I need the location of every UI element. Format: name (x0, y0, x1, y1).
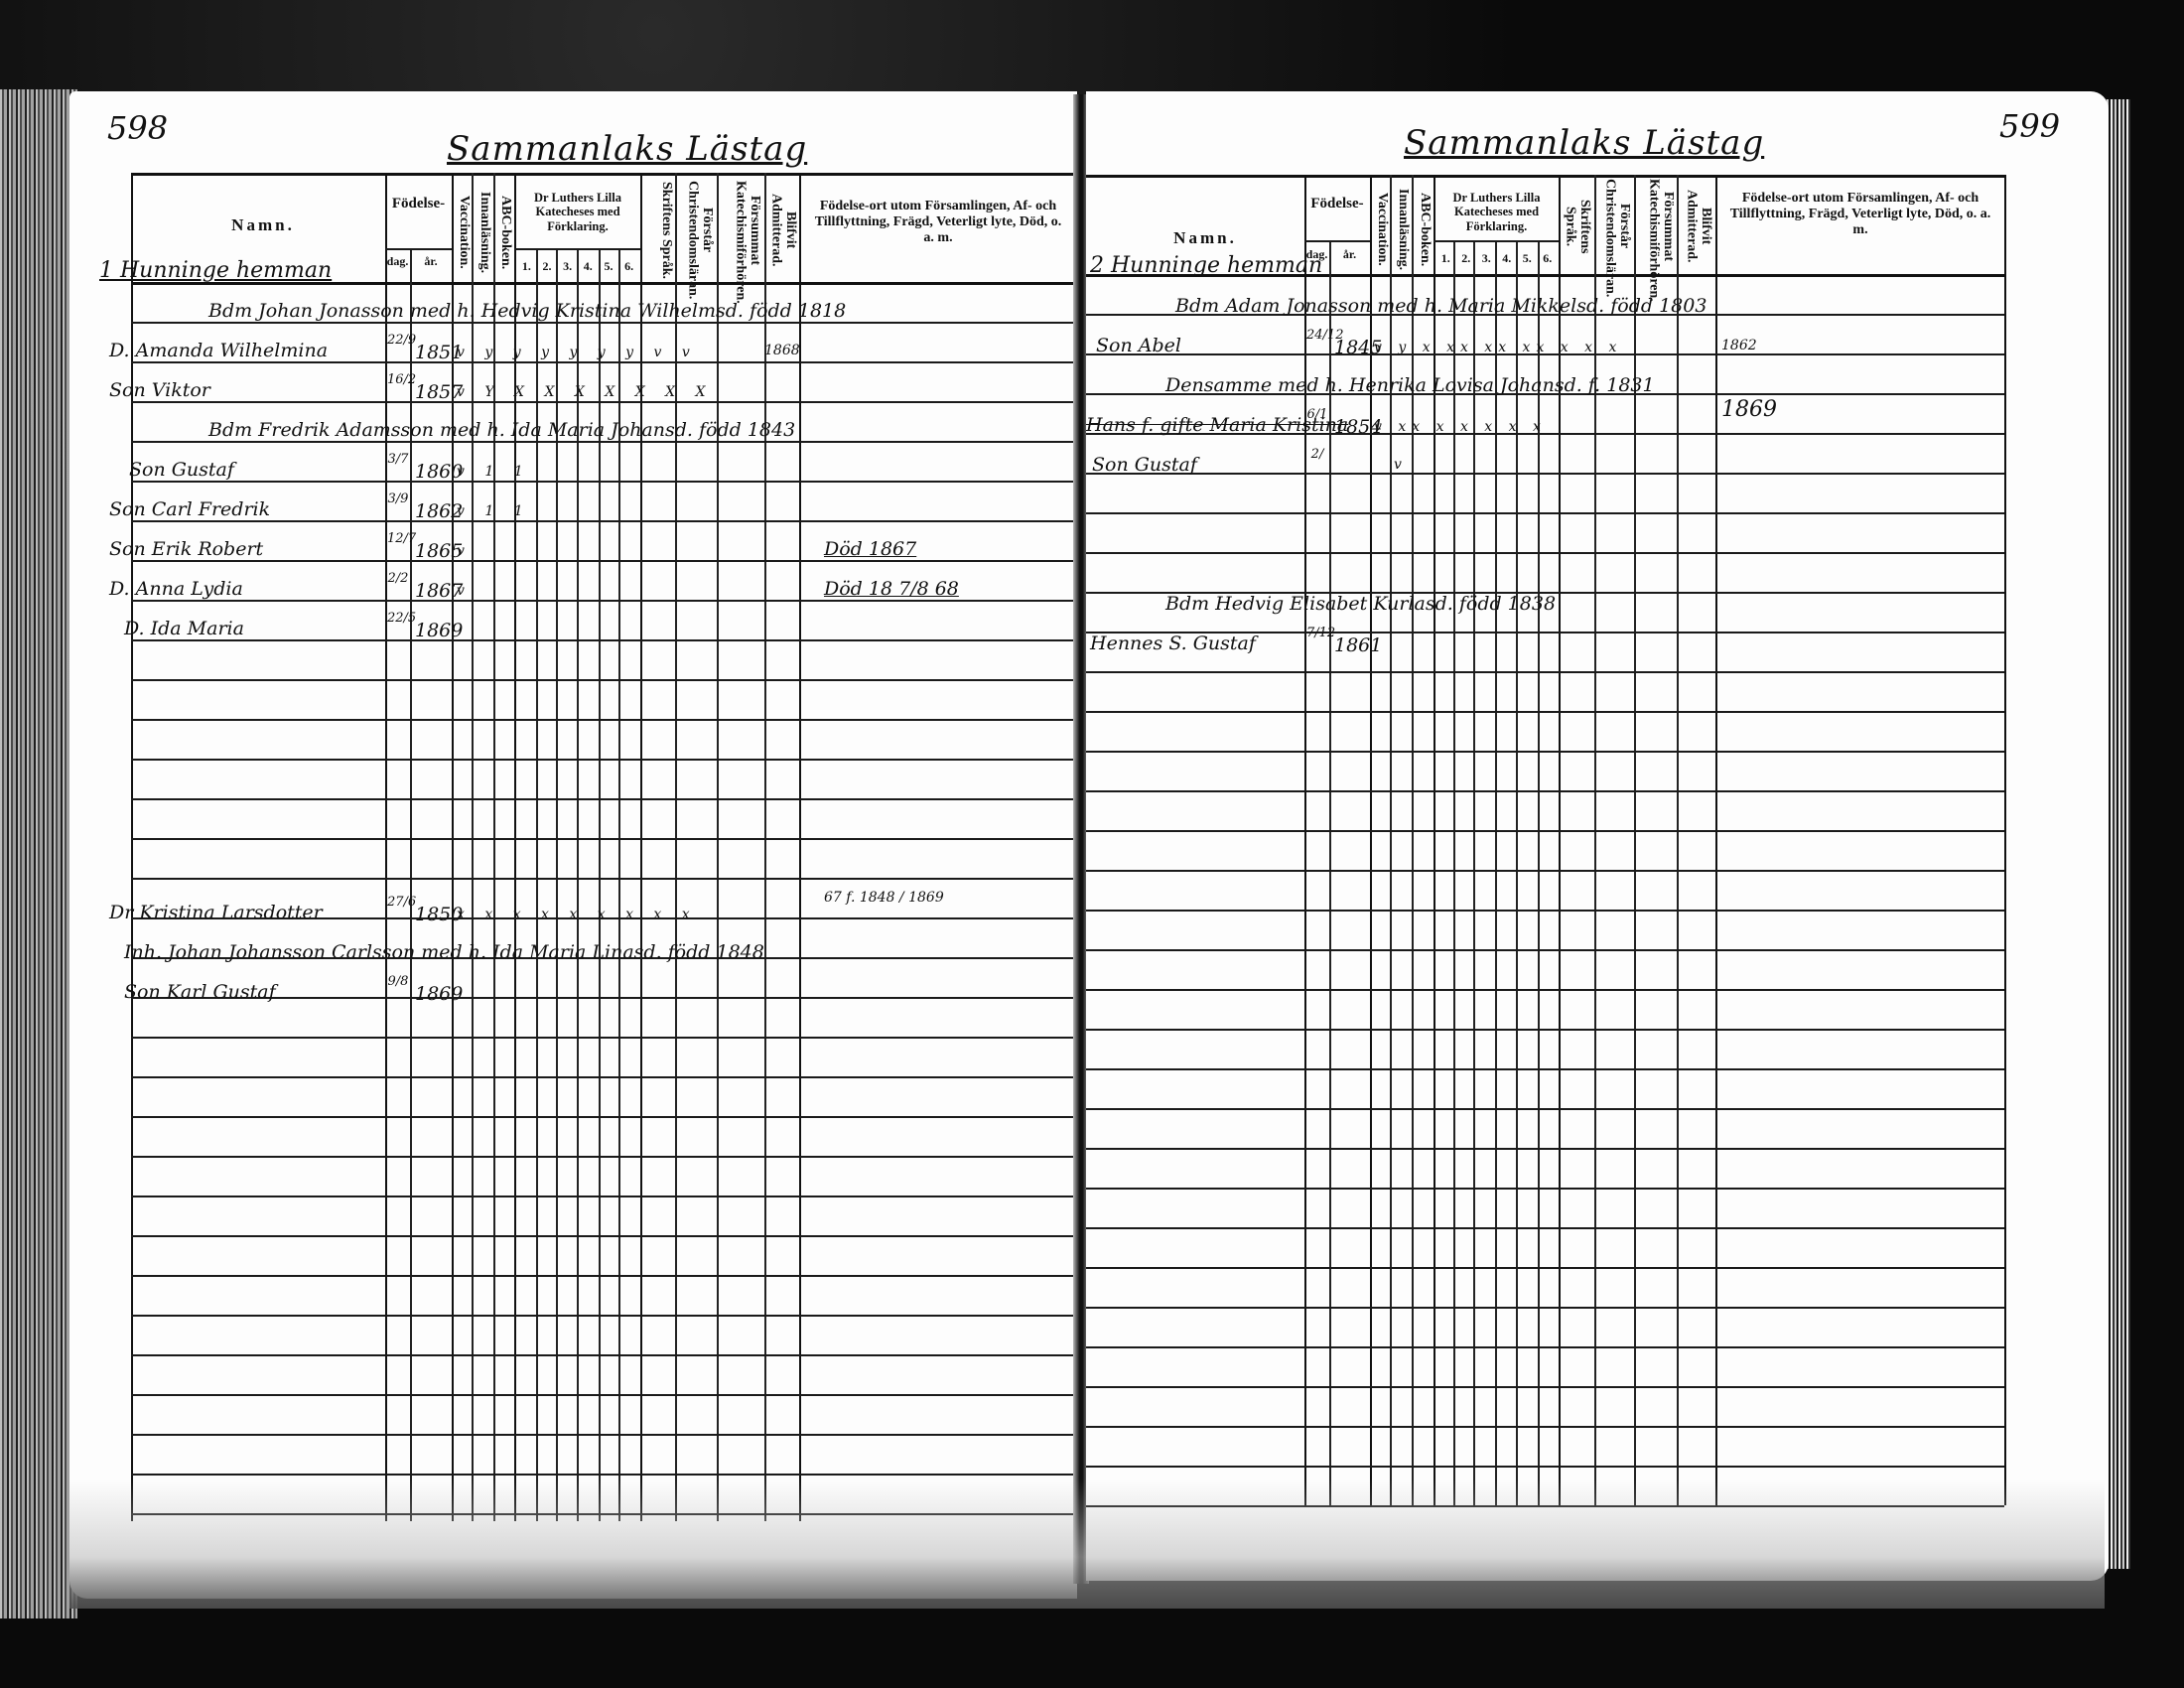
row-rule (131, 1116, 1077, 1118)
row-name-2: D. Amanda Wilhelmina (109, 342, 328, 360)
row-rule (1086, 1386, 2004, 1388)
row-dag-5: 3/7 (387, 453, 409, 467)
row-rule (131, 520, 1077, 522)
header-ar: år. (1329, 248, 1370, 262)
row-rule (1086, 1346, 2004, 1348)
row-rule (131, 401, 1077, 403)
header-vaccination: Vaccination. (453, 187, 471, 278)
row-rule (131, 1434, 1077, 1436)
row-rule (1086, 1267, 2004, 1269)
row-rule (131, 759, 1077, 761)
row-rule (1086, 1068, 2004, 1070)
row-rule (1086, 1227, 2004, 1229)
header-fodelse: Födelse- (385, 196, 452, 212)
katekes-col-2: 2. (1461, 252, 1470, 266)
katekes-col-5: 5. (1523, 252, 1532, 266)
lower-row-marks-1: x x x x x x x x x (457, 908, 698, 921)
row-rule (131, 1076, 1077, 1078)
row-rule (131, 1037, 1077, 1039)
lower-row-remark-1: 67 f. 1848 / 1869 (824, 891, 944, 905)
header-fodelse: Födelse- (1304, 196, 1370, 212)
row-rule (1086, 751, 2004, 753)
header-forstar: Förstår Christendomsläran. (678, 181, 714, 280)
left-page: 598 Sammanlaks Lästag Namn. Födelse- dag… (69, 91, 1077, 1599)
row-name-4: Bdm Fredrik Adamsson med h. Ida Maria Jo… (208, 421, 795, 440)
lower-row-name-3: Son Karl Gustaf (124, 983, 276, 1002)
row-remark-7: Död 1867 (824, 540, 916, 559)
row-rule (131, 1156, 1077, 1158)
section-heading: 1 Hunninge hemman (99, 260, 332, 282)
header-dag: dag. (385, 255, 410, 269)
row-rule (1086, 1148, 2004, 1150)
row-rule (131, 1394, 1077, 1396)
row-name-7: Son Erik Robert (109, 540, 263, 559)
row-name-1: Bdm Adam Jonasson med h. Maria Mikkelsd.… (1175, 297, 1706, 316)
lower-row-name-1: Dr Kristina Larsdotter (109, 904, 323, 922)
row-marks-7: v (457, 544, 465, 558)
lower-row-dag-2: 7/12 (1306, 627, 1328, 640)
row-rule (1086, 1426, 2004, 1428)
row-rule (1086, 790, 2004, 792)
header-katekes: Dr Luthers Lilla Katecheses med Förklari… (1435, 191, 1558, 233)
lower-row-dag-1: 27/6 (387, 896, 409, 910)
row-marks-2: v y y y y y y v v (457, 346, 698, 359)
row-note-2: 1868 (764, 344, 800, 357)
row-rule (131, 322, 1077, 324)
row-dag-4: 6/1 (1306, 408, 1328, 422)
row-rule (131, 1474, 1077, 1476)
row-ar-9: 1869 (415, 622, 463, 640)
header-innanlasning: Innanläsning. (474, 187, 491, 278)
row-dag-5: 2/ (1306, 448, 1328, 462)
row-marks-6: v 1 1 (457, 504, 531, 518)
row-rule (1086, 910, 2004, 912)
row-dag-3: 16/2 (387, 373, 409, 387)
row-marks-5: v (1394, 458, 1402, 472)
row-rule (131, 481, 1077, 483)
row-rule (131, 1315, 1077, 1317)
register-table: Namn. Födelse- dag. år. Vaccination. Inn… (1086, 91, 2109, 1581)
header-namn: Namn. (189, 215, 338, 235)
row-rule (131, 719, 1077, 721)
lower-row-name-2: Inh. Johan Johansson Carlsson med h. Ida… (124, 943, 764, 962)
row-rule (131, 560, 1077, 562)
row-marks-8: v (457, 584, 465, 598)
katekes-col-1: 1. (1441, 252, 1450, 266)
row-rule (131, 441, 1077, 443)
katekes-col-1: 1. (522, 260, 531, 274)
row-rule (131, 600, 1077, 602)
row-rule (1086, 552, 2004, 554)
row-rule (131, 679, 1077, 681)
row-rule (1086, 671, 2004, 673)
row-note-4: 1869 (1721, 399, 1777, 421)
header-katekes: Dr Luthers Lilla Katecheses med Förklari… (516, 191, 639, 233)
row-remark-8: Död 18 7/8 68 (824, 580, 959, 599)
row-marks-2: v y x xx xx xx x x x (1374, 341, 1622, 354)
row-note-2: 1862 (1721, 339, 1757, 352)
row-rule (1086, 512, 2004, 514)
header-abc-boken: ABC-boken. (1414, 187, 1432, 272)
row-dag-2: 24/12 (1306, 329, 1328, 343)
lower-row-ar-2: 1861 (1334, 636, 1382, 655)
row-name-9: D. Ida Maria (124, 620, 244, 638)
katekes-col-3: 3. (563, 260, 572, 274)
row-marks-3: v Y X X X X X X X (457, 385, 714, 399)
row-rule (131, 1235, 1077, 1237)
row-rule (1086, 949, 2004, 951)
header-forstar: Förstår Christendomsläran. (1597, 179, 1631, 274)
row-name-6: Son Carl Fredrik (109, 500, 270, 519)
header-katekes-numbers: 1. 2. 3. 4. 5. 6. (516, 260, 639, 274)
header-vaccination: Vaccination. (1372, 187, 1389, 272)
right-page: 599 Sammanlaks Lästag Namn. Födelse- dag… (1086, 91, 2109, 1581)
row-rule (131, 838, 1077, 840)
register-table: Namn. Födelse- dag. år. Vaccination. Inn… (69, 91, 1077, 1599)
row-rule (1086, 473, 2004, 475)
header-katekes-numbers: 1. 2. 3. 4. 5. 6. (1435, 252, 1558, 266)
row-dag-7: 12/7 (387, 532, 409, 546)
row-rule (1086, 711, 2004, 713)
book-edge-left (0, 89, 77, 1618)
row-rule (131, 1196, 1077, 1197)
header-admitterad: Blifvit Admitterad. (767, 181, 797, 280)
row-rule (1086, 1188, 2004, 1190)
katekes-col-5: 5. (604, 260, 613, 274)
row-rule (1086, 870, 2004, 872)
header-forsummat: Försummat Katechismiförhören. (720, 181, 761, 280)
header-fodelseort: Födelse-ort utom Församlingen, Af- och T… (809, 199, 1067, 246)
header-ar: år. (410, 255, 452, 269)
katekes-col-2: 2. (542, 260, 551, 274)
header-fodelseort: Födelse-ort utom Församlingen, Af- och T… (1726, 191, 1994, 238)
lower-row-ar-3: 1869 (415, 985, 463, 1004)
row-name-2: Son Abel (1096, 337, 1181, 355)
row-dag-2: 22/9 (387, 334, 409, 348)
row-rule (1086, 989, 2004, 991)
row-name-5: Son Gustaf (129, 461, 234, 480)
page-bottom-shadow (69, 1479, 2105, 1609)
row-rule (131, 1275, 1077, 1277)
row-name-5: Son Gustaf (1092, 456, 1197, 475)
lower-row-name-2: Hennes S. Gustaf (1090, 634, 1256, 653)
section-heading: 2 Hunninge hemman (1090, 255, 1322, 277)
header-forsummat: Försummat Katechismiförhören. (1637, 179, 1675, 274)
katekes-col-4: 4. (1502, 252, 1511, 266)
lower-row-name-1: Bdm Hedvig Elisabet Kurlasd. född 1838 (1165, 595, 1556, 614)
row-rule (1086, 1466, 2004, 1468)
row-rule (131, 798, 1077, 800)
row-rule (131, 361, 1077, 363)
katekes-col-3: 3. (1482, 252, 1491, 266)
row-dag-6: 3/9 (387, 492, 409, 506)
row-dag-8: 2/2 (387, 572, 409, 586)
header-skriftens-sprak: Skriftens Språk. (643, 181, 673, 280)
header-innanlasning: Innanläsning. (1392, 187, 1410, 272)
row-name-3: Son Viktor (109, 381, 210, 400)
row-name-3: Densamme med h. Henrika Lovisa Johansd. … (1165, 376, 1655, 395)
header-admitterad: Blifvit Admitterad. (1680, 179, 1712, 274)
header-abc-boken: ABC-boken. (494, 187, 512, 278)
katekes-col-4: 4. (584, 260, 593, 274)
row-rule (1086, 1029, 2004, 1031)
row-rule (1086, 830, 2004, 832)
row-marks-5: v 1 1 (457, 465, 531, 479)
katekes-col-6: 6. (624, 260, 633, 274)
lower-row-dag-3: 9/8 (387, 975, 409, 989)
row-name-8: D. Anna Lydia (109, 580, 243, 599)
row-name-1: Bdm Johan Jonasson med h. Hedvig Kristin… (208, 302, 846, 321)
header-skriftens-sprak: Skriftens Språk. (1562, 179, 1591, 274)
row-rule (131, 878, 1077, 880)
row-rule (131, 639, 1077, 641)
row-rule (1086, 1108, 2004, 1110)
header-namn: Namn. (1146, 228, 1265, 248)
row-rule (131, 1354, 1077, 1356)
row-rule (1086, 1307, 2004, 1309)
row-marks-4: v xx x x x x x (1374, 420, 1547, 434)
katekes-col-6: 6. (1543, 252, 1552, 266)
row-dag-9: 22/5 (387, 612, 409, 626)
